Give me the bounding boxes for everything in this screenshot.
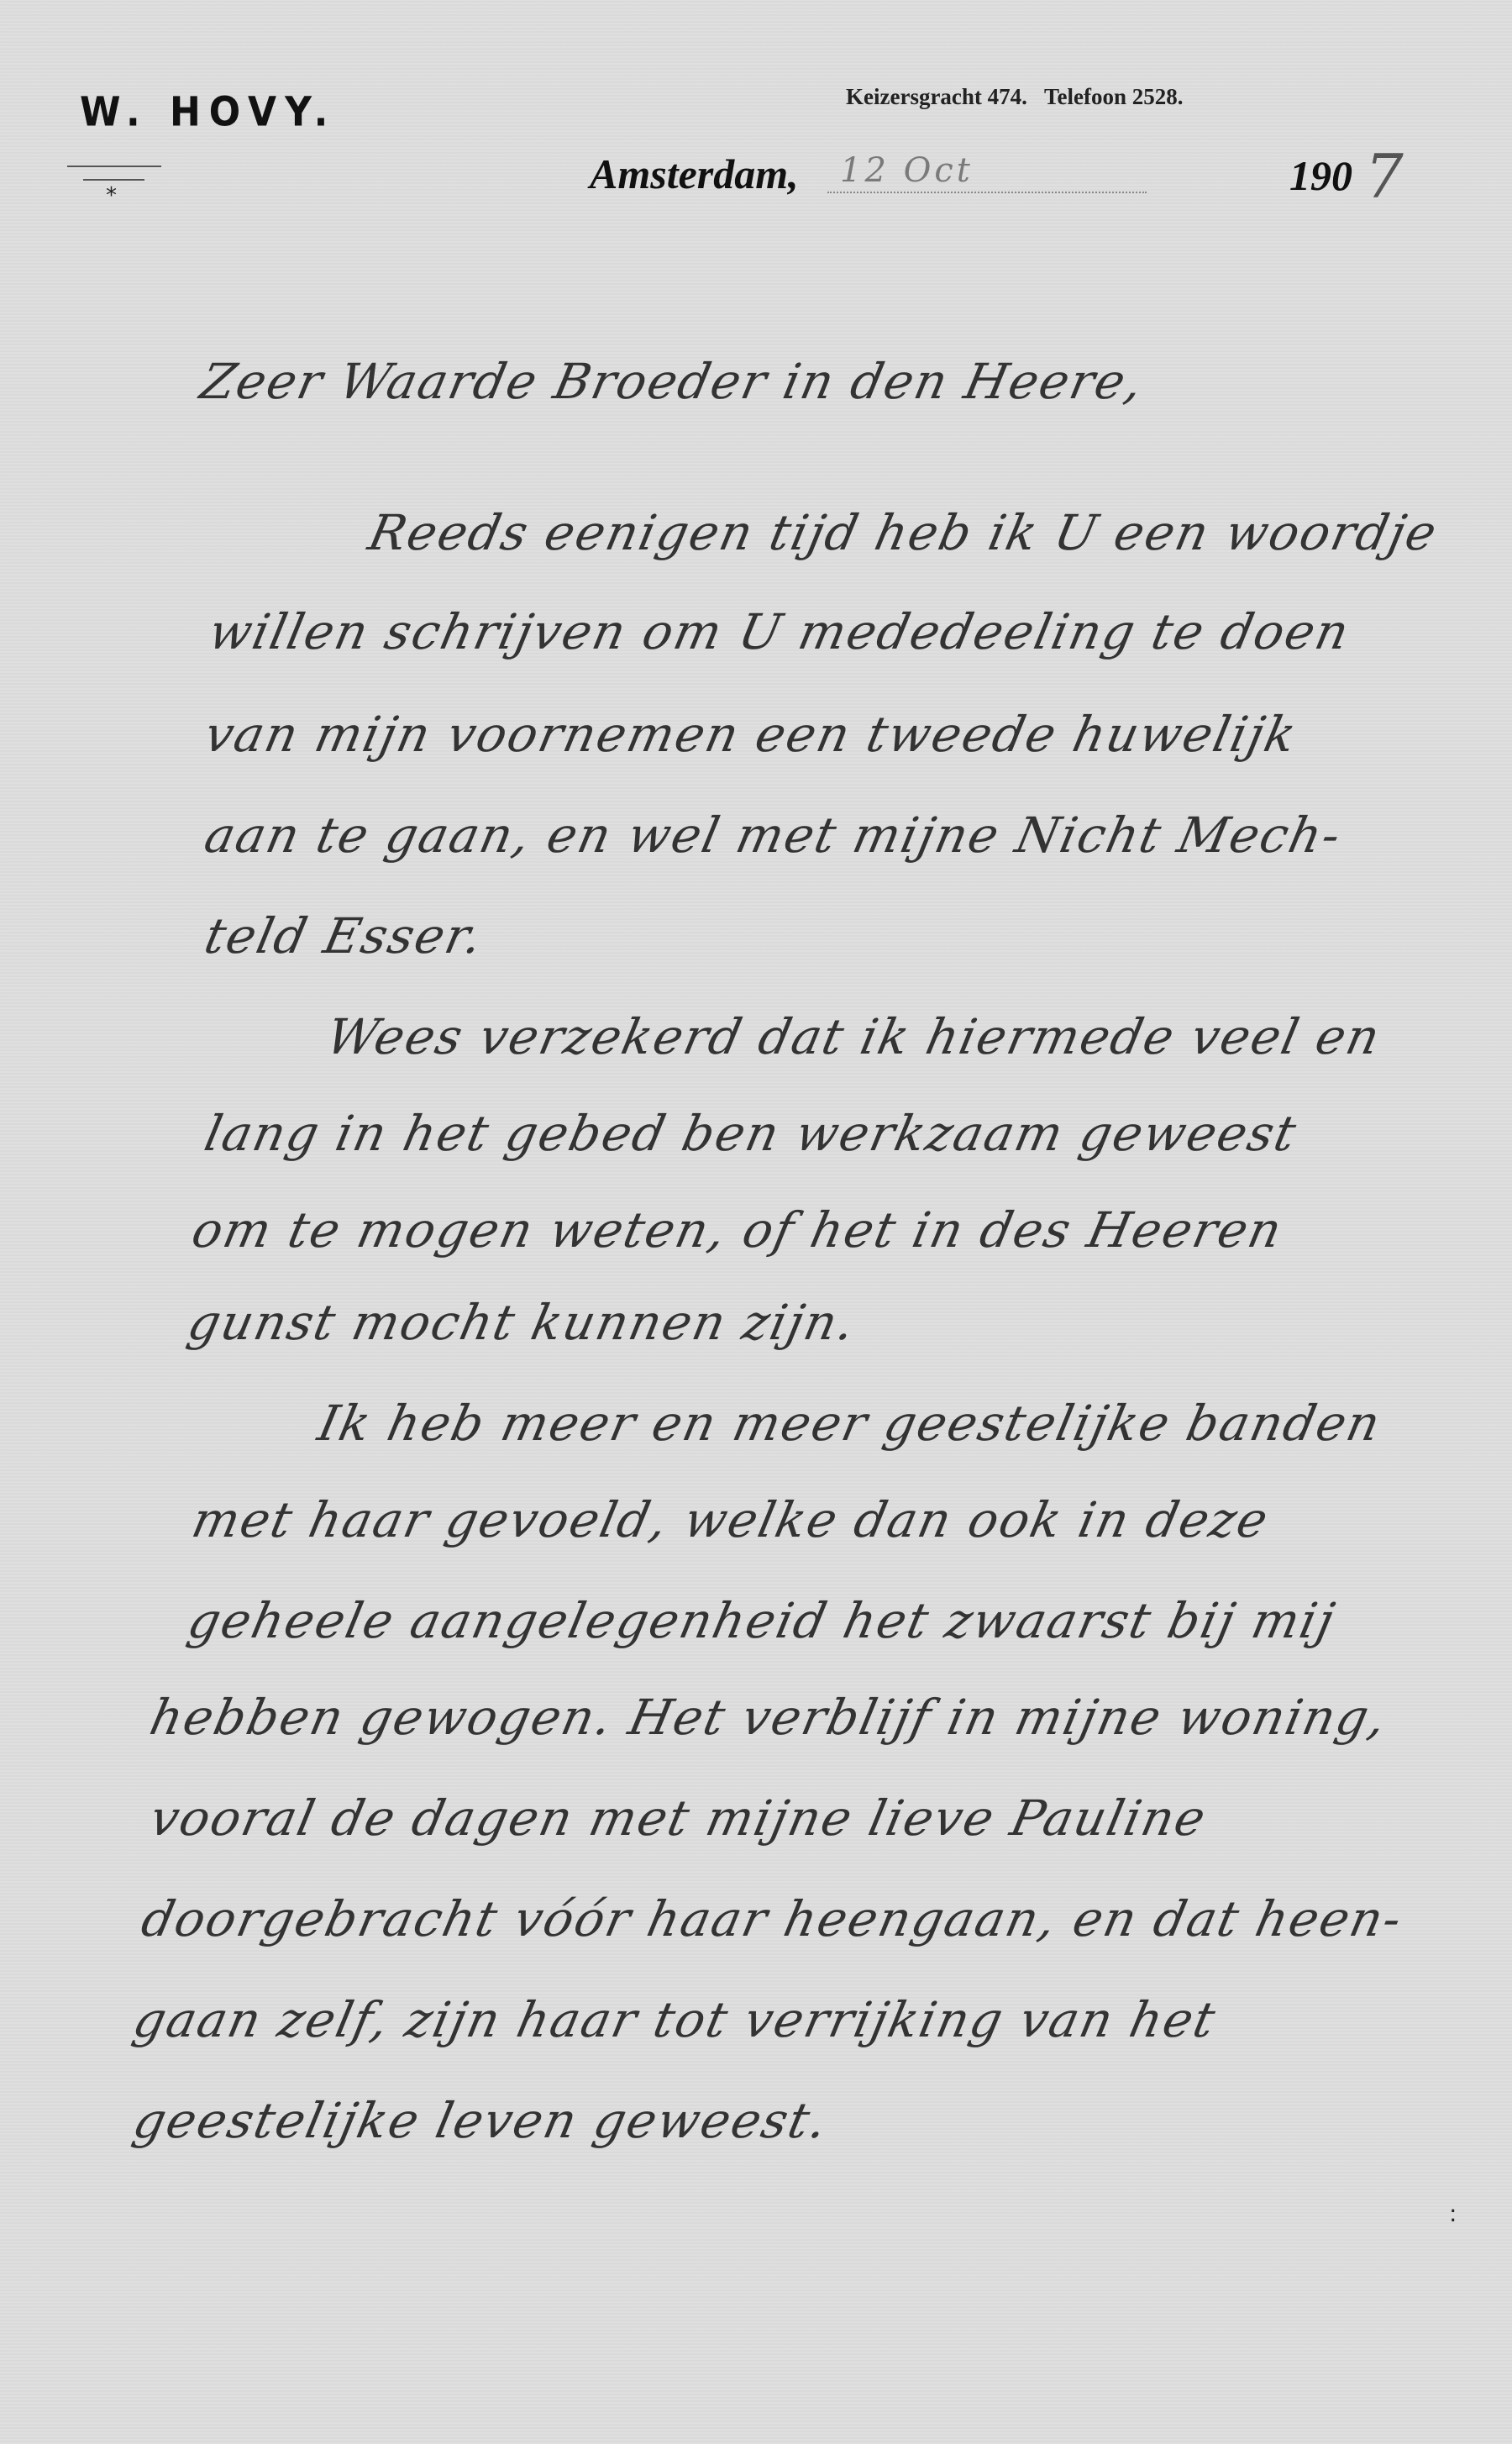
printed-year: 190 (1289, 151, 1352, 200)
letter-line: Wees verzekerd dat ik hiermede veel en (322, 1008, 1386, 1065)
date-dotted-line (827, 192, 1147, 193)
letter-line: om te mogen weten, of het in des Heeren (187, 1201, 1289, 1259)
letter-line: geestelijke leven geweest. (129, 2092, 834, 2149)
letter-line: gaan zelf, zijn haar tot verrijking van … (129, 1991, 1222, 2048)
letter-line: hebben gewogen. Het verblijf in mijne wo… (145, 1689, 1393, 1746)
letter-line: van mijn voornemen een tweede huwelijk (200, 706, 1303, 763)
letter-line: doorgebracht vóór haar heengaan, en dat … (137, 1890, 1408, 1947)
letter-line: Ik heb meer en meer geestelijke banden (313, 1395, 1387, 1452)
letter-line: vooral de dagen met mijne lieve Pauline (145, 1790, 1212, 1847)
letter-line: willen schrijven om U mededeeling te doe… (204, 603, 1356, 660)
continuation-mark: : (1449, 2200, 1457, 2227)
salutation: Zeer Waarde Broeder in den Heere, (196, 353, 1149, 410)
letter-line: Reeds eenigen tijd heb ik U een woordje (364, 504, 1443, 561)
asterisk-ornament-icon: * (106, 183, 117, 208)
handwritten-date: 12 Oct (840, 151, 974, 190)
letter-line: geheele aangelegenheid het zwaarst bij m… (183, 1592, 1341, 1649)
firm-name: W. HOVY. (80, 88, 336, 135)
divider-rule (83, 179, 144, 181)
letter-page: W. HOVY. * Keizersgracht 474. Telefoon 2… (0, 0, 1512, 2444)
divider-rule (67, 166, 161, 167)
letterhead-address: Keizersgracht 474. (846, 84, 1027, 110)
letter-line: met haar gevoeld, welke dan ook in deze (187, 1491, 1274, 1548)
letter-line: teld Esser. (200, 907, 489, 964)
handwritten-year-digit: 7 (1365, 141, 1404, 212)
letter-line: aan te gaan, en wel met mijne Nicht Mech… (200, 807, 1347, 864)
letter-line: gunst mocht kunnen zijn. (183, 1294, 862, 1351)
letterhead-phone: Telefoon 2528. (1044, 84, 1184, 110)
letter-line: lang in het gebed ben werkzaam geweest (200, 1105, 1303, 1162)
letterhead-city: Amsterdam, (590, 150, 799, 198)
